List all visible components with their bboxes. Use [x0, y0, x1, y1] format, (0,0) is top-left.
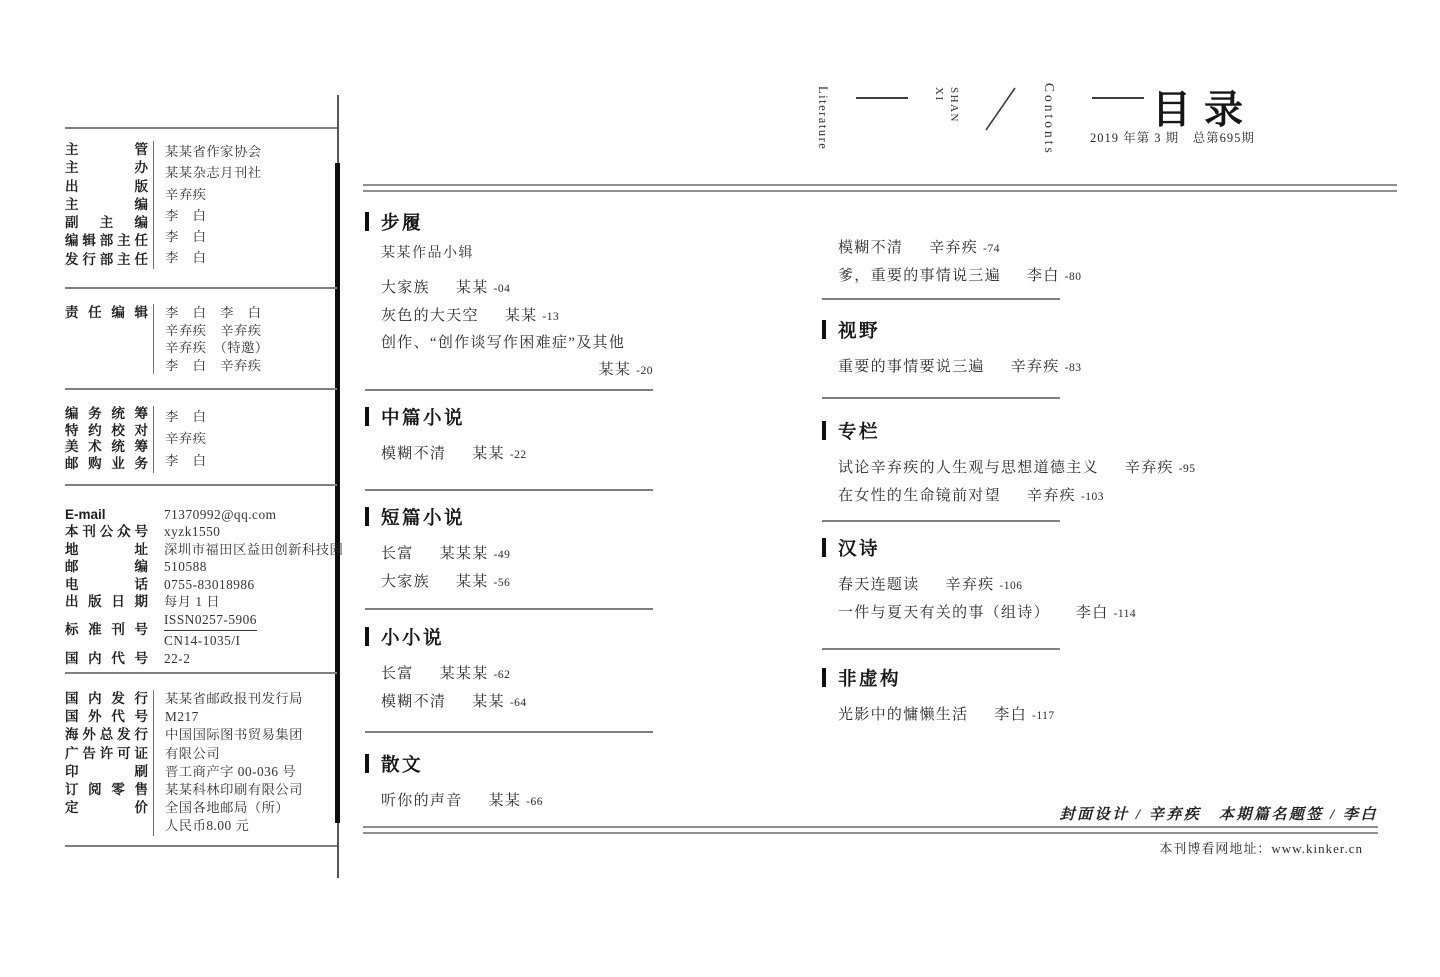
masthead-value-column: 李 白 李 白辛弃疾 辛弃疾辛弃疾 （特邀）李 白 辛弃疾	[165, 304, 337, 374]
masthead-label: 订阅零售	[65, 781, 148, 799]
item-author: 某某某	[440, 546, 489, 562]
masthead-label: 邮购业务	[65, 456, 148, 473]
item-title: 一件与夏天有关的事（组诗）	[838, 605, 1050, 621]
masthead-label: 国内发行	[65, 690, 148, 708]
item-author: 李白	[994, 707, 1027, 723]
masthead-label: 海外总发行	[65, 726, 148, 744]
bottom-double-rule	[363, 826, 1378, 834]
masthead-value: 李 白 李 白	[165, 304, 337, 322]
item-title: 模糊不清	[381, 694, 446, 710]
toc-item: 一件与夏天有关的事（组诗）李白-114	[838, 600, 1190, 628]
toc-item: 爹，重要的事情说三遍李白-80	[838, 263, 1190, 291]
section-items: 春天连题读辛弃疾-106一件与夏天有关的事（组诗）李白-114	[838, 572, 1190, 627]
masthead-label: 印刷	[65, 763, 148, 781]
item-page: -83	[1065, 362, 1082, 374]
masthead-value: 李 白	[165, 406, 337, 428]
section-subtitle: 某某作品小辑	[381, 242, 653, 262]
toc-item: 重要的事情要说三遍辛弃疾-83	[838, 354, 1190, 382]
item-page: -106	[999, 580, 1022, 592]
item-title: 灰色的大天空	[381, 308, 479, 324]
masthead-label: E-mail	[65, 506, 148, 523]
toc-item: 模糊不清某某-22	[381, 441, 653, 469]
masthead-value: 李 白	[165, 226, 337, 247]
section-title: 步履	[381, 209, 423, 235]
item-author-page: 某某-20	[381, 357, 653, 385]
masthead-block-editors: 责任编辑李 白 李 白辛弃疾 辛弃疾辛弃疾 （特邀）李 白 辛弃疾	[65, 304, 337, 374]
section-items: 重要的事情要说三遍辛弃疾-83	[838, 354, 1190, 382]
masthead-label: 发行部主任	[65, 251, 148, 269]
toc-item: 长富某某某-62	[381, 661, 653, 689]
toc-section: 散文听你的声音某某-66	[365, 752, 653, 816]
item-author: 辛弃疾	[929, 240, 978, 256]
section-bar-icon	[822, 320, 826, 339]
section-items: 长富某某某-49大家族某某-56	[381, 541, 653, 596]
item-title: 爹，重要的事情说三遍	[838, 268, 1001, 284]
item-author: 某某	[456, 574, 489, 590]
item-page: -04	[494, 283, 511, 295]
item-page: -117	[1032, 710, 1055, 722]
toc-item: 大家族某某-56	[381, 569, 653, 597]
section-bar-icon	[822, 668, 826, 687]
page-title: 目录	[1152, 79, 1256, 135]
masthead-value: 李 白	[165, 205, 337, 226]
header-rule-icon	[1092, 97, 1144, 99]
item-page: -95	[1179, 463, 1196, 475]
masthead-value: 每月 1 日	[164, 593, 343, 610]
section-items: 光影中的慵懒生活李白-117	[838, 702, 1190, 730]
item-page: -103	[1081, 491, 1104, 503]
masthead-divider-line	[65, 388, 337, 390]
masthead-value-column: 71370992@qq.comxyzk1550深圳市福田区益田创新科技园5105…	[164, 506, 343, 668]
item-author: 辛弃疾	[1027, 488, 1076, 504]
masthead-value: 辛弃疾	[165, 184, 337, 205]
section-header: 汉诗	[822, 536, 1190, 559]
masthead-label: 邮编	[65, 558, 148, 575]
cover-design-credits: 封面设计 / 辛弃疾 本期篇名题签 / 李白	[1060, 803, 1378, 824]
item-page: -64	[510, 697, 527, 709]
item-page: -13	[542, 311, 559, 323]
item-page: -49	[494, 549, 511, 561]
masthead-label: 电话	[65, 576, 148, 593]
toc-section: 专栏试论辛弃疾的人生观与思想道德主义辛弃疾-95在女性的生命镜前对望辛弃疾-10…	[822, 419, 1190, 510]
section-bar-icon	[822, 538, 826, 557]
section-header: 步履	[365, 210, 653, 233]
toc-item: 大家族某某-04	[381, 275, 653, 303]
slash-icon	[982, 84, 1018, 134]
toc-section: 非虚构光影中的慵懒生活李白-117	[822, 666, 1190, 730]
masthead-divider-line	[65, 845, 337, 847]
masthead-label-column: 主管主办出版主编副主编编辑部主任发行部主任	[65, 141, 148, 269]
masthead-label-column: E-mail本刊公众号地址邮编电话出版日期标准刊号国内代号	[65, 506, 148, 668]
masthead-block-contact: E-mail本刊公众号地址邮编电话出版日期标准刊号国内代号71370992@qq…	[65, 506, 337, 668]
section-bar-icon	[365, 754, 369, 773]
item-title: 大家族	[381, 574, 430, 590]
masthead-value: 某某科林印刷有限公司	[165, 781, 337, 799]
masthead-value: 510588	[164, 558, 343, 575]
section-title: 专栏	[838, 418, 880, 444]
vertical-literature-label: Literature	[815, 86, 830, 181]
masthead-label: 本刊公众号	[65, 523, 148, 540]
masthead-label: 地址	[65, 541, 148, 558]
vertical-shanxi-label: SHAN XI	[931, 87, 961, 159]
masthead-value: 某某省邮政报刊发行局	[165, 690, 337, 708]
item-page: -22	[510, 449, 527, 461]
masthead-label: 主办	[65, 159, 148, 177]
masthead-label: 出版日期	[65, 593, 148, 610]
masthead-column-divider	[153, 406, 154, 473]
item-author: 某某	[472, 694, 505, 710]
section-bar-icon	[822, 421, 826, 440]
masthead-value: 辛弃疾 （特邀）	[165, 339, 337, 357]
section-divider	[822, 648, 1060, 650]
magazine-contents-page: 主管主办出版主编副主编编辑部主任发行部主任某某省作家协会某某杂志月刊社辛弃疾李 …	[0, 0, 1440, 977]
vertical-contents-label: Contonts	[1041, 83, 1057, 188]
item-title: 试论辛弃疾的人生观与思想道德主义	[838, 460, 1099, 476]
section-items: 大家族某某-04灰色的大天空某某-13创作、“创作谈写作困难症”及其他某某-20	[381, 275, 653, 384]
item-page: -74	[983, 243, 1000, 255]
masthead-value: xyzk1550	[164, 523, 343, 540]
section-divider	[365, 389, 653, 391]
item-title: 模糊不清	[381, 446, 446, 462]
section-header: 短篇小说	[365, 505, 653, 528]
masthead-label-column: 责任编辑	[65, 304, 148, 374]
toc-item: 创作、“创作谈写作困难症”及其他某某-20	[381, 330, 653, 384]
section-items: 试论辛弃疾的人生观与思想道德主义辛弃疾-95在女性的生命镜前对望辛弃疾-103	[838, 455, 1190, 510]
masthead-value: 人民币8.00 元	[165, 817, 337, 835]
masthead-value: ISSN0257-5906	[164, 611, 257, 631]
masthead-value: 71370992@qq.com	[164, 506, 343, 523]
item-author: 李白	[1076, 605, 1109, 621]
item-page: -20	[636, 365, 653, 377]
section-title: 中篇小说	[381, 404, 465, 430]
section-header: 专栏	[822, 419, 1190, 442]
section-items: 长富某某某-62模糊不清某某-64	[381, 661, 653, 716]
item-title: 大家族	[381, 280, 430, 296]
item-author: 辛弃疾	[946, 577, 995, 593]
masthead-column-divider	[153, 141, 154, 269]
masthead-value: 某某省作家协会	[165, 141, 337, 162]
item-title: 听你的声音	[381, 793, 463, 809]
header-rule-icon	[856, 97, 908, 99]
item-page: -62	[494, 669, 511, 681]
toc-section: 中篇小说模糊不清某某-22	[365, 405, 653, 469]
item-title: 重要的事情要说三遍	[838, 359, 985, 375]
toc-section: 步履某某作品小辑大家族某某-04灰色的大天空某某-13创作、“创作谈写作困难症”…	[365, 210, 653, 384]
masthead-value: 中国国际图书贸易集团	[165, 726, 337, 744]
masthead-block-coordination: 编务统筹特约校对美术统筹邮购业务李 白辛弃疾李 白	[65, 406, 337, 473]
section-title: 散文	[381, 751, 423, 777]
masthead-value-column: 某某省邮政报刊发行局M217中国国际图书贸易集团有限公司晋工商产字 00-036…	[165, 690, 337, 836]
masthead-divider-line	[65, 484, 337, 486]
item-author: 辛弃疾	[1011, 359, 1060, 375]
section-header: 散文	[365, 752, 653, 775]
issue-info: 2019 年第 3 期 总第695期	[1090, 128, 1255, 146]
masthead-value: CN14-1035/I	[164, 631, 343, 650]
toc-item: 在女性的生命镜前对望辛弃疾-103	[838, 483, 1190, 511]
masthead-label-column: 编务统筹特约校对美术统筹邮购业务	[65, 406, 148, 473]
masthead-value: 李 白 辛弃疾	[165, 357, 337, 375]
toc-section: 汉诗春天连题读辛弃疾-106一件与夏天有关的事（组诗）李白-114	[822, 536, 1190, 627]
section-header: 视野	[822, 318, 1190, 341]
toc-item: 灰色的大天空某某-13	[381, 303, 653, 331]
masthead-label: 责任编辑	[65, 304, 148, 322]
masthead-label: 国外代号	[65, 708, 148, 726]
section-items: 模糊不清辛弃疾-74爹，重要的事情说三遍李白-80	[838, 235, 1190, 290]
masthead-label: 主编	[65, 196, 148, 214]
masthead-label: 特约校对	[65, 423, 148, 440]
masthead-label: 定价	[65, 799, 148, 817]
shanxi-line1: SHAN	[946, 87, 961, 159]
masthead-value: 辛弃疾	[165, 428, 337, 450]
item-author: 某某	[599, 362, 632, 378]
section-items: 模糊不清某某-22	[381, 441, 653, 469]
section-divider	[822, 520, 1060, 522]
section-title: 汉诗	[838, 535, 880, 561]
section-header: 小小说	[365, 625, 653, 648]
masthead-value: 全国各地邮局（所）	[165, 799, 337, 817]
masthead-value: 李 白	[165, 247, 337, 268]
section-title: 非虚构	[838, 665, 901, 691]
toc-item: 听你的声音某某-66	[381, 788, 653, 816]
masthead-issn-block: ISSN0257-5906CN14-1035/I	[164, 610, 343, 650]
toc-item: 长富某某某-49	[381, 541, 653, 569]
masthead-label: 主管	[65, 141, 148, 159]
masthead-column-divider	[153, 690, 154, 836]
item-author: 某某某	[440, 666, 489, 682]
section-divider	[365, 731, 653, 733]
item-page: -66	[526, 796, 543, 808]
item-page: -114	[1114, 608, 1137, 620]
section-title: 短篇小说	[381, 504, 465, 530]
masthead-divider-line	[65, 287, 337, 289]
masthead-value: 22-2	[164, 650, 343, 667]
item-page: -80	[1065, 271, 1082, 283]
masthead-value: 辛弃疾 辛弃疾	[165, 322, 337, 340]
toc-item: 试论辛弃疾的人生观与思想道德主义辛弃疾-95	[838, 455, 1190, 483]
item-title: 长富	[381, 666, 414, 682]
masthead-value: 0755-83018986	[164, 576, 343, 593]
item-author: 辛弃疾	[1125, 460, 1174, 476]
section-bar-icon	[365, 212, 369, 231]
item-title: 光影中的慵懒生活	[838, 707, 968, 723]
section-items: 听你的声音某某-66	[381, 788, 653, 816]
masthead-value-column: 李 白辛弃疾李 白	[165, 406, 337, 473]
toc-item: 春天连题读辛弃疾-106	[838, 572, 1190, 600]
section-bar-icon	[365, 407, 369, 426]
masthead-divider-line	[65, 672, 337, 674]
masthead-value: 李 白	[165, 450, 337, 472]
toc-item: 模糊不清某某-64	[381, 689, 653, 717]
toc-section: 视野重要的事情要说三遍辛弃疾-83	[822, 318, 1190, 382]
section-title: 视野	[838, 317, 880, 343]
masthead-block-leadership: 主管主办出版主编副主编编辑部主任发行部主任某某省作家协会某某杂志月刊社辛弃疾李 …	[65, 141, 337, 269]
toc-item: 光影中的慵懒生活李白-117	[838, 702, 1190, 730]
item-title: 创作、“创作谈写作困难症”及其他	[381, 330, 653, 357]
masthead-value-column: 某某省作家协会某某杂志月刊社辛弃疾李 白李 白李 白	[165, 141, 337, 269]
masthead-value: 晋工商产字 00-036 号	[165, 763, 337, 781]
masthead-label: 副主编	[65, 214, 148, 232]
section-divider	[365, 489, 653, 491]
website-address: 本刊博看网地址：www.kinker.cn	[1159, 838, 1363, 857]
masthead-label: 出版	[65, 178, 148, 196]
masthead-value: 有限公司	[165, 745, 337, 763]
item-author: 某某	[456, 280, 489, 296]
masthead-divider-line	[65, 127, 337, 129]
masthead-value: M217	[165, 708, 337, 726]
item-title: 长富	[381, 546, 414, 562]
toc-item: 模糊不清辛弃疾-74	[838, 235, 1190, 263]
masthead-label: 国内代号	[65, 650, 148, 667]
item-author: 李白	[1027, 268, 1060, 284]
masthead-label-column: 国内发行国外代号海外总发行广告许可证印刷订阅零售定价	[65, 690, 148, 836]
section-header: 中篇小说	[365, 405, 653, 428]
item-title: 在女性的生命镜前对望	[838, 488, 1001, 504]
masthead-value: 深圳市福田区益田创新科技园	[164, 541, 343, 558]
masthead-column-divider	[153, 304, 154, 374]
toc-section: 小小说长富某某某-62模糊不清某某-64	[365, 625, 653, 716]
masthead-label: 广告许可证	[65, 745, 148, 763]
masthead-label: 编务统筹	[65, 406, 148, 423]
section-divider	[365, 608, 653, 610]
masthead-label: 编辑部主任	[65, 232, 148, 250]
section-bar-icon	[365, 507, 369, 526]
masthead-label: 美术统筹	[65, 439, 148, 456]
item-title: 模糊不清	[838, 240, 903, 256]
masthead-label: 标准刊号	[65, 610, 148, 650]
top-double-rule	[363, 184, 1397, 192]
item-author: 某某	[472, 446, 505, 462]
masthead-value: 某某杂志月刊社	[165, 162, 337, 183]
item-author: 某某	[489, 793, 522, 809]
masthead-block-distribution: 国内发行国外代号海外总发行广告许可证印刷订阅零售定价某某省邮政报刊发行局M217…	[65, 690, 337, 836]
shanxi-line2: XI	[931, 87, 946, 159]
item-title: 春天连题读	[838, 577, 920, 593]
toc-section: 短篇小说长富某某某-49大家族某某-56	[365, 505, 653, 596]
item-page: -56	[494, 577, 511, 589]
section-divider	[822, 298, 1060, 300]
item-author: 某某	[505, 308, 538, 324]
section-title: 小小说	[381, 624, 444, 650]
section-divider	[822, 397, 1060, 399]
section-header: 非虚构	[822, 666, 1190, 689]
section-bar-icon	[365, 627, 369, 646]
toc-section: 模糊不清辛弃疾-74爹，重要的事情说三遍李白-80	[822, 235, 1190, 290]
